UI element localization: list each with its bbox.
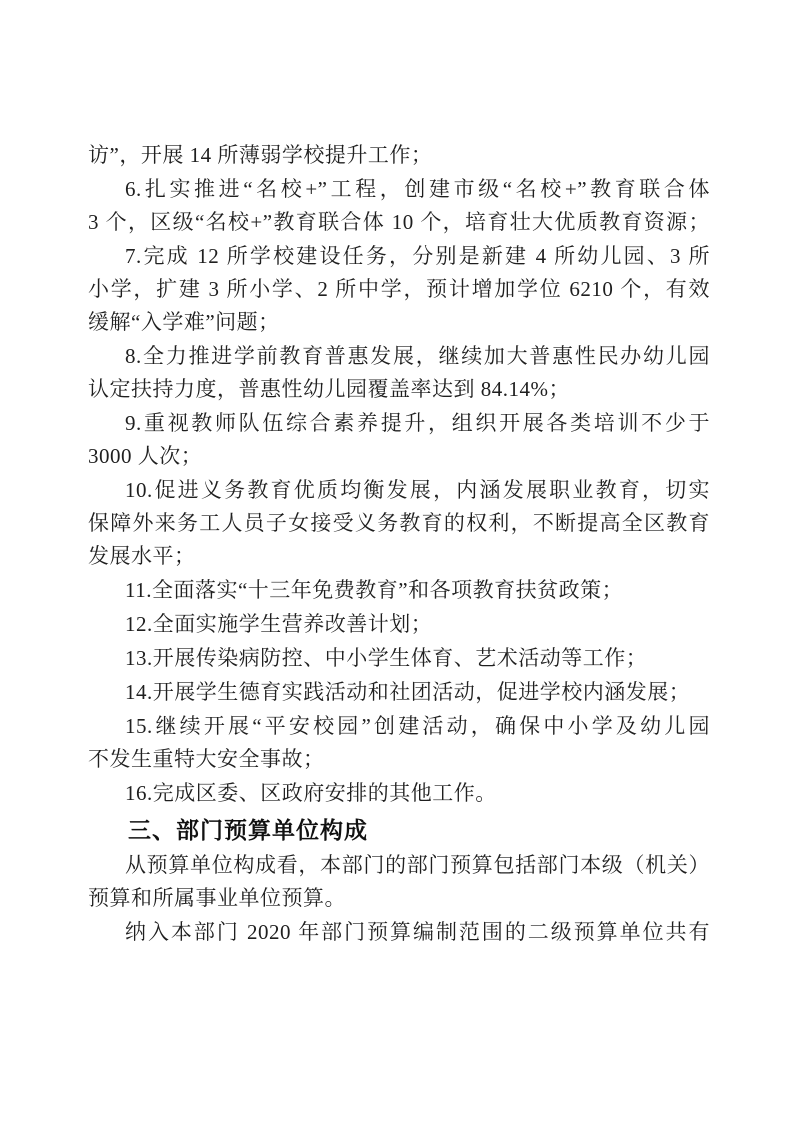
text-line: 14.开展学生德育实践活动和社团活动，促进学校内涵发展； <box>88 676 710 709</box>
text-line: 15.继续开展“平安校园”创建活动，确保中小学及幼儿园 <box>88 710 710 743</box>
text-line: 8.全力推进学前教育普惠发展，继续加大普惠性民办幼儿园 <box>88 340 710 373</box>
text-line: 认定扶持力度，普惠性幼儿园覆盖率达到 84.14%； <box>88 373 710 406</box>
document-page: 访”，开展 14 所薄弱学校提升工作；6.扎实推进“名校+”工程，创建市级“名校… <box>0 0 793 1122</box>
text-line: 6.扎实推进“名校+”工程，创建市级“名校+”教育联合体 <box>88 173 710 206</box>
section-heading: 三、部门预算单位构成 <box>88 814 710 847</box>
text-line: 12.全面实施学生营养改善计划； <box>88 608 710 641</box>
text-line: 16.完成区委、区政府安排的其他工作。 <box>88 777 710 810</box>
text-line: 3 个，区级“名校+”教育联合体 10 个，培育壮大优质教育资源； <box>88 206 710 239</box>
text-line: 小学，扩建 3 所小学、2 所中学，预计增加学位 6210 个，有效 <box>88 273 710 306</box>
text-line: 从预算单位构成看，本部门的部门预算包括部门本级（机关） <box>88 849 710 882</box>
text-line: 预算和所属事业单位预算。 <box>88 882 710 915</box>
text-line: 纳入本部门 2020 年部门预算编制范围的二级预算单位共有 <box>88 916 710 949</box>
text-line: 发展水平； <box>88 540 710 573</box>
text-line: 9.重视教师队伍综合素养提升，组织开展各类培训不少于 <box>88 407 710 440</box>
text-line: 13.开展传染病防控、中小学生体育、艺术活动等工作； <box>88 642 710 675</box>
text-line: 保障外来务工人员子女接受义务教育的权利，不断提高全区教育 <box>88 507 710 540</box>
text-line: 11.全面落实“十三年免费教育”和各项教育扶贫政策； <box>88 574 710 607</box>
document-lines: 访”，开展 14 所薄弱学校提升工作；6.扎实推进“名校+”工程，创建市级“名校… <box>88 139 710 949</box>
text-line: 访”，开展 14 所薄弱学校提升工作； <box>88 139 710 172</box>
text-line: 10.促进义务教育优质均衡发展，内涵发展职业教育，切实 <box>88 474 710 507</box>
text-line: 缓解“入学难”问题； <box>88 306 710 339</box>
text-line: 3000 人次； <box>88 440 710 473</box>
text-line: 7.完成 12 所学校建设任务，分别是新建 4 所幼儿园、3 所 <box>88 240 710 273</box>
text-line: 不发生重特大安全事故； <box>88 743 710 776</box>
